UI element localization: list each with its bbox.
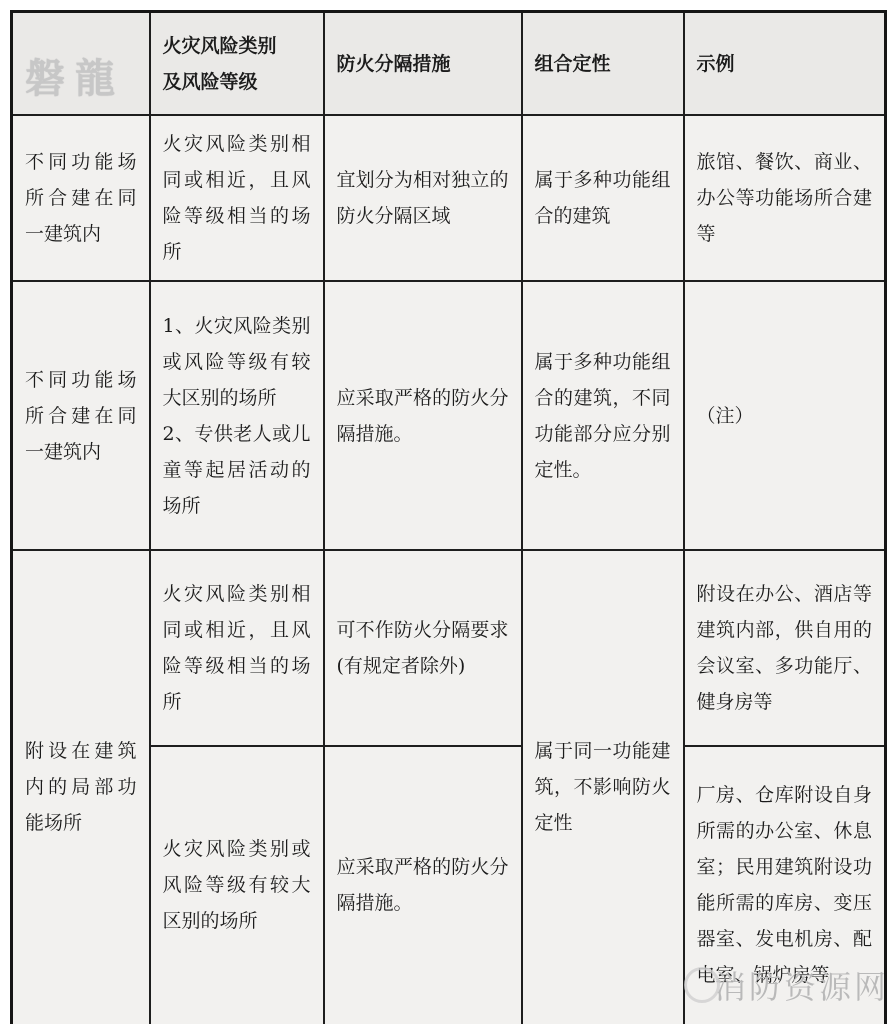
cell-r4-measure: 应采取严格的防火分隔措施。 — [324, 746, 522, 1024]
header-combination: 组合定性 — [522, 12, 684, 116]
header-risk-category: 火灾风险类别 及风险等级 — [150, 12, 324, 116]
cell-r1-qualitative: 属于多种功能组合的建筑 — [522, 115, 684, 281]
cell-r2-qualitative: 属于多种功能组合的建筑，不同功能部分应分别定性。 — [522, 281, 684, 550]
header-row: 磐龍 火灾风险类别 及风险等级 防火分隔措施 组合定性 示例 — [12, 12, 886, 116]
cell-r3-risk: 火灾风险类别相同或相近，且风险等级相当的场所 — [150, 550, 324, 746]
cell-r1-example: 旅馆、餐饮、商业、办公等功能场所合建等 — [684, 115, 886, 281]
cell-r2-risk: 1、火灾风险类别或风险等级有较大区别的场所 2、专供老人或儿童等起居活动的场所 — [150, 281, 324, 550]
cell-r2-measure: 应采取严格的防火分隔措施。 — [324, 281, 522, 550]
table-row: 附设在建筑内的局部功能场所 火灾风险类别相同或相近，且风险等级相当的场所 可不作… — [12, 550, 886, 746]
table-row: 不同功能场所合建在同一建筑内 火灾风险类别相同或相近，且风险等级相当的场所 宜划… — [12, 115, 886, 281]
header-fire-separation: 防火分隔措施 — [324, 12, 522, 116]
scanned-document-page: 磐龍 火灾风险类别 及风险等级 防火分隔措施 组合定性 示例 不同功能场所合建在… — [0, 0, 895, 1024]
cell-r3-qualitative: 属于同一功能建筑，不影响防火定性 — [522, 550, 684, 1024]
cell-r2-scope: 不同功能场所合建在同一建筑内 — [12, 281, 150, 550]
panlong-watermark-logo: 磐龍 — [25, 59, 125, 99]
cell-r1-scope: 不同功能场所合建在同一建筑内 — [12, 115, 150, 281]
cell-r4-risk: 火灾风险类别或风险等级有较大区别的场所 — [150, 746, 324, 1024]
cell-r1-risk: 火灾风险类别相同或相近，且风险等级相当的场所 — [150, 115, 324, 281]
cell-r3-example: 附设在办公、酒店等建筑内部，供自用的会议室、多功能厅、健身房等 — [684, 550, 886, 746]
header-blank-cell: 磐龍 — [12, 12, 150, 116]
header-example: 示例 — [684, 12, 886, 116]
cell-r2-example: （注） — [684, 281, 886, 550]
cell-r3-measure: 可不作防火分隔要求(有规定者除外) — [324, 550, 522, 746]
cell-r3-scope: 附设在建筑内的局部功能场所 — [12, 550, 150, 1024]
cell-r1-measure: 宜划分为相对独立的防火分隔区域 — [324, 115, 522, 281]
table-row: 不同功能场所合建在同一建筑内 1、火灾风险类别或风险等级有较大区别的场所 2、专… — [12, 281, 886, 550]
fire-risk-classification-table: 磐龍 火灾风险类别 及风险等级 防火分隔措施 组合定性 示例 不同功能场所合建在… — [10, 10, 887, 1024]
cell-r4-example: 厂房、仓库附设自身所需的办公室、休息室；民用建筑附设功能所需的库房、变压器室、发… — [684, 746, 886, 1024]
